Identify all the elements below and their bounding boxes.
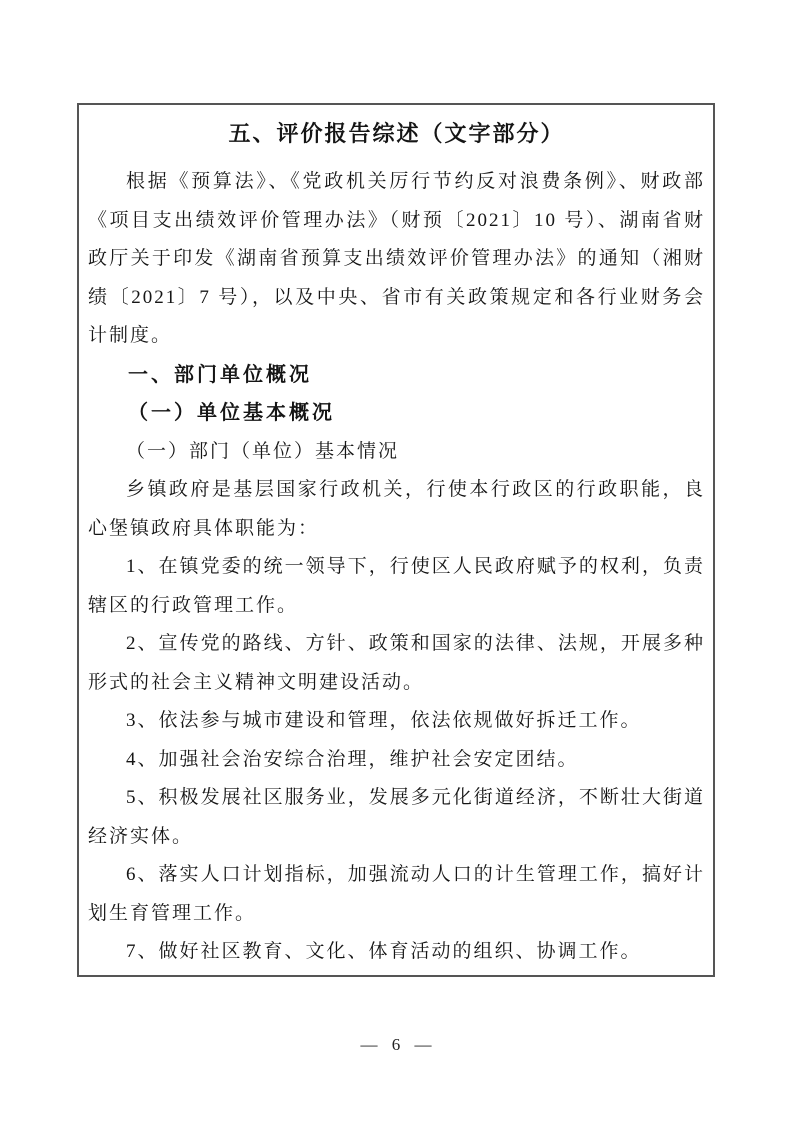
page-number: — 6 — bbox=[0, 1031, 793, 1059]
heading-unit-basic-situation: （一）部门（单位）基本情况 bbox=[88, 433, 705, 472]
report-title: 五、评价报告综述（文字部分） bbox=[88, 114, 705, 154]
function-item-7: 7、做好社区教育、文化、体育活动的组织、协调工作。 bbox=[88, 933, 705, 972]
function-item-2: 2、宣传党的路线、方针、政策和国家的法律、法规，开展多种形式的社会主义精神文明建… bbox=[88, 625, 705, 702]
paragraph-unit-functions-intro: 乡镇政府是基层国家行政机关，行使本行政区的行政职能，良心堡镇政府具体职能为： bbox=[88, 471, 705, 548]
heading-department-overview: 一、部门单位概况 bbox=[88, 356, 705, 395]
document-page: 五、评价报告综述（文字部分） 根据《预算法》、《党政机关厉行节约反对浪费条例》、… bbox=[0, 0, 793, 1122]
report-summary-box: 五、评价报告综述（文字部分） 根据《预算法》、《党政机关厉行节约反对浪费条例》、… bbox=[77, 103, 715, 977]
function-item-6: 6、落实人口计划指标，加强流动人口的计生管理工作，搞好计划生育管理工作。 bbox=[88, 856, 705, 933]
heading-unit-basic-overview: （一）单位基本概况 bbox=[88, 394, 705, 433]
paragraph-legal-basis: 根据《预算法》、《党政机关厉行节约反对浪费条例》、财政部《项目支出绩效评价管理办… bbox=[88, 163, 705, 356]
function-item-5: 5、积极发展社区服务业，发展多元化街道经济，不断壮大街道经济实体。 bbox=[88, 779, 705, 856]
function-item-1: 1、在镇党委的统一领导下，行使区人民政府赋予的权利，负责辖区的行政管理工作。 bbox=[88, 548, 705, 625]
function-item-4: 4、加强社会治安综合治理，维护社会安定团结。 bbox=[88, 741, 705, 780]
function-item-3: 3、依法参与城市建设和管理，依法依规做好拆迁工作。 bbox=[88, 702, 705, 741]
